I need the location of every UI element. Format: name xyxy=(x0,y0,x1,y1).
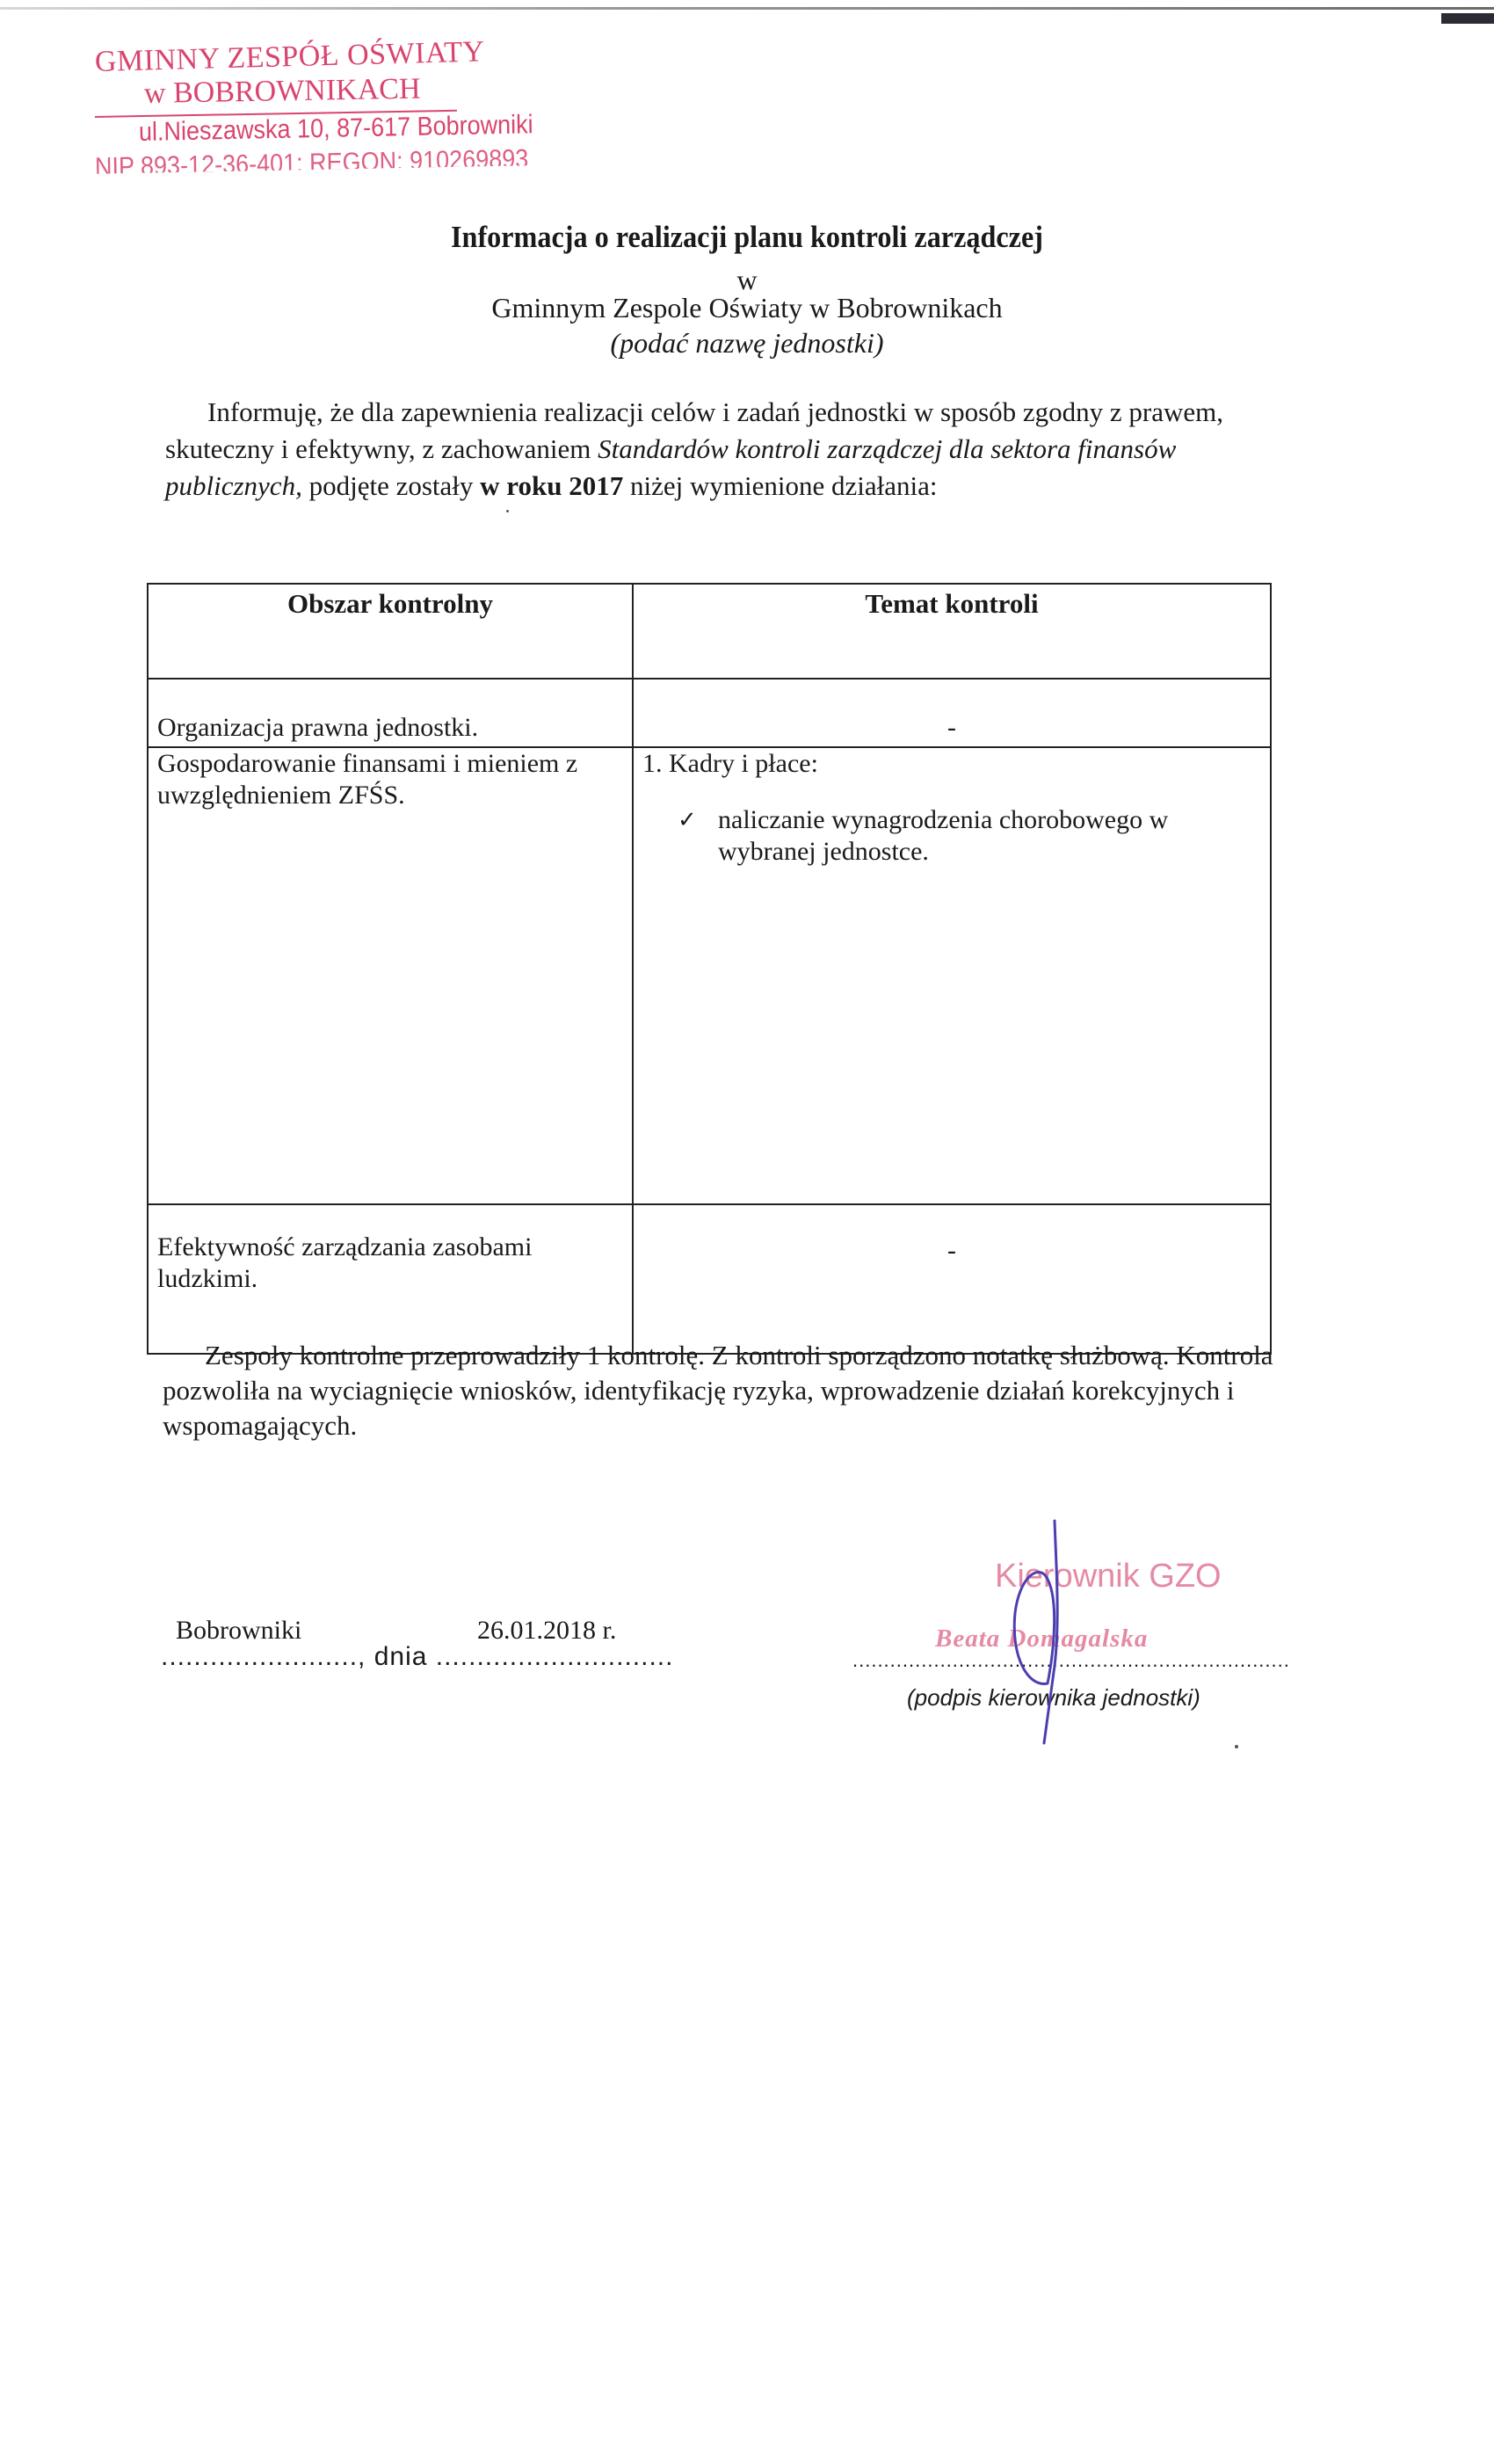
date-value: 26.01.2018 r. xyxy=(477,1616,616,1646)
topic-cell: 1. Kadry i płace: ✓ naliczanie wynagrodz… xyxy=(633,747,1271,1204)
stamp-line-2: w BOBROWNIKACH xyxy=(144,73,421,111)
column-header-area: Obszar kontrolny xyxy=(148,584,633,679)
document-title: Informacja o realizacji planu kontroli z… xyxy=(60,220,1434,255)
table-row: Organizacja prawna jednostki. - xyxy=(148,679,1271,747)
intro-text-3: niżej wymienione działania: xyxy=(623,470,937,501)
stamp-tax-ids: NIP 893-12-36-401; REGON: 910269893 xyxy=(95,144,529,183)
scan-speck xyxy=(1235,1745,1238,1748)
checkmark-icon: ✓ xyxy=(678,804,718,868)
table-header-row: Obszar kontrolny Temat kontroli xyxy=(148,584,1271,679)
unit-name-hint: (podać nazwę jednostki) xyxy=(0,327,1494,360)
place-value: Bobrowniki xyxy=(176,1616,301,1646)
area-cell: Gospodarowanie finansami i mieniem z uwz… xyxy=(148,747,633,1204)
table-row: Gospodarowanie finansami i mieniem z uwz… xyxy=(148,747,1271,1204)
summary-paragraph: Zespoły kontrolne przeprowadziły 1 kontr… xyxy=(163,1338,1279,1443)
topic-cell: - xyxy=(633,1204,1271,1354)
intro-year: w roku 2017 xyxy=(480,470,623,501)
topic-list-item: ✓ naliczanie wynagrodzenia chorobowego w… xyxy=(678,804,1261,868)
area-cell: Efektywność zarządzania zasobami ludzkim… xyxy=(148,1204,633,1354)
scan-edge-line xyxy=(0,7,1494,10)
table-row: Efektywność zarządzania zasobami ludzkim… xyxy=(148,1204,1271,1354)
handwritten-signature xyxy=(993,1516,1090,1745)
summary-text: Zespoły kontrolne przeprowadziły 1 kontr… xyxy=(163,1340,1273,1441)
unit-name: Gminnym Zespole Oświaty w Bobrownikach xyxy=(0,292,1494,324)
stamp-line-1: GMINNY ZESPÓŁ OŚWIATY xyxy=(95,35,486,79)
place-date-line: ........................, dnia .........… xyxy=(161,1642,673,1672)
topic-heading: 1. Kadry i płace: xyxy=(642,748,1261,780)
stamp-address: ul.Nieszawska 10, 87-617 Bobrowniki xyxy=(139,110,533,148)
scan-speck xyxy=(506,510,509,512)
topic-item-text: naliczanie wynagrodzenia chorobowego w w… xyxy=(718,804,1210,868)
topic-cell: - xyxy=(633,679,1271,747)
scan-edge-mark xyxy=(1441,13,1494,24)
column-header-topic: Temat kontroli xyxy=(633,584,1271,679)
intro-paragraph: Informuję, że dla zapewnienia realizacji… xyxy=(165,394,1273,505)
control-table: Obszar kontrolny Temat kontroli Organiza… xyxy=(147,583,1272,1355)
area-cell: Organizacja prawna jednostki. xyxy=(148,679,633,747)
intro-text-2: podjęte zostały xyxy=(302,470,480,501)
